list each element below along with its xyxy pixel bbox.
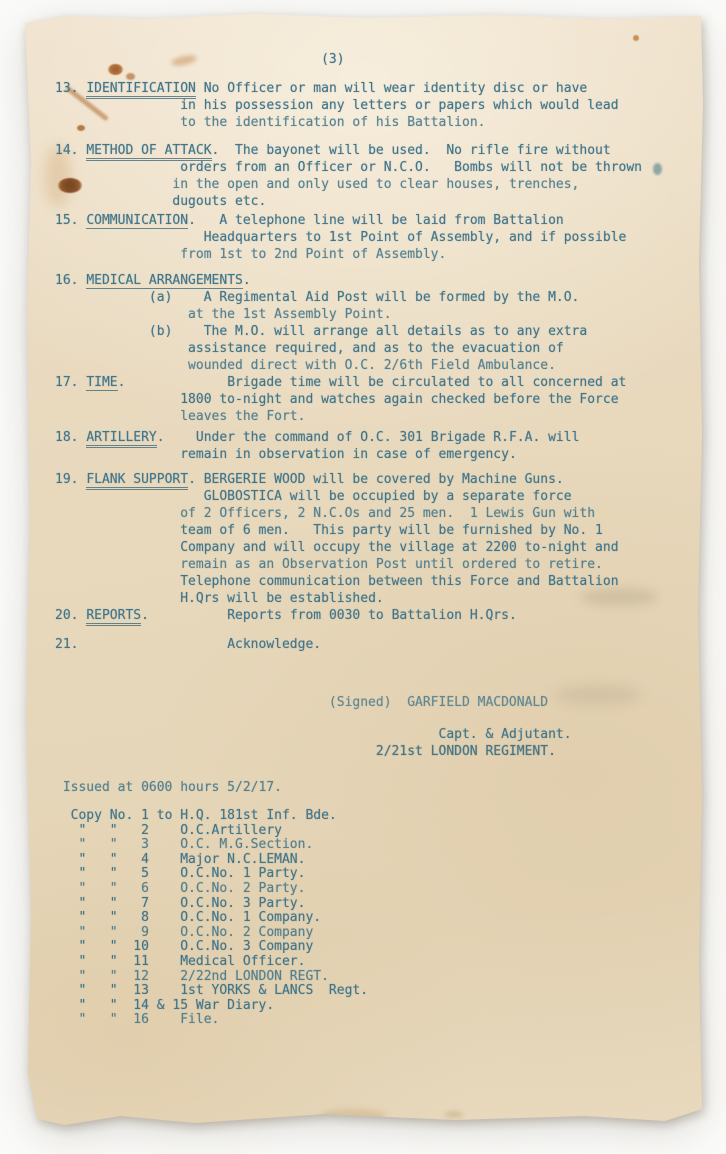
order-line: H.Qrs will be established. <box>55 590 642 607</box>
item-text: . Under the command of O.C. 301 Brigade … <box>157 430 580 445</box>
order-item-14: 14. METHOD OF ATTACK. The bayonet will b… <box>55 142 642 210</box>
order-line: 14. METHOD OF ATTACK. The bayonet will b… <box>55 142 642 159</box>
order-line: 20. REPORTS. Reports from 0030 to Battal… <box>55 607 642 624</box>
order-line: leaves the Fort. <box>55 408 642 425</box>
order-item-20: 20. REPORTS. Reports from 0030 to Battal… <box>55 607 642 624</box>
stain-bottom-mark <box>320 1109 386 1122</box>
order-line: GLOBOSTICA will be occupied by a separat… <box>55 488 642 505</box>
distribution-line: " " 4 Major N.C.LEMAN. <box>55 853 642 868</box>
order-item-17: 17. TIME. Brigade time will be circulate… <box>55 374 642 425</box>
typed-content: (3) 13. IDENTIFICATION No Officer or man… <box>55 51 642 1028</box>
page-number: (3) <box>55 51 642 68</box>
distribution-line: " " 6 O.C.No. 2 Party. <box>55 882 642 897</box>
distribution-line: " " 8 O.C.No. 1 Company. <box>55 911 642 926</box>
order-line: (b) The M.O. will arrange all details as… <box>55 323 642 340</box>
item-number: 16. <box>55 273 86 288</box>
order-line: 16. MEDICAL ARRANGEMENTS. <box>55 272 642 289</box>
order-line: team of 6 men. This party will be furnis… <box>55 522 642 539</box>
issued-line: Issued at 0600 hours 5/2/17. <box>55 779 642 796</box>
order-line: (a) A Regimental Aid Post will be formed… <box>55 289 642 306</box>
order-line: dugouts etc. <box>55 193 642 210</box>
item-number: 21. <box>55 637 78 652</box>
order-line: from 1st to 2nd Point of Assembly. <box>55 246 642 263</box>
item-number: 17. <box>55 375 86 390</box>
order-line: 15. COMMUNICATION. A telephone line will… <box>55 212 642 229</box>
distribution-line: " " 7 O.C.No. 3 Party. <box>55 897 642 912</box>
order-item-16: 16. MEDICAL ARRANGEMENTS. (a) A Regiment… <box>55 272 642 374</box>
distribution-line: " " 5 O.C.No. 1 Party. <box>55 867 642 882</box>
photo-background: (3) 13. IDENTIFICATION No Officer or man… <box>0 0 726 1154</box>
item-text: . <box>243 273 251 288</box>
order-line: 1800 to-night and watches again checked … <box>55 391 642 408</box>
order-line: remain in observation in case of emergen… <box>55 446 642 463</box>
item-text: . BERGERIE WOOD will be covered by Machi… <box>188 472 564 487</box>
distribution-line: " " 16 File. <box>55 1013 642 1028</box>
item-number: 20. <box>55 608 86 623</box>
order-item-13: 13. IDENTIFICATION No Officer or man wil… <box>55 80 642 131</box>
order-line: to the identification of his Battalion. <box>55 114 642 131</box>
order-line: 21. Acknowledge. <box>55 636 642 653</box>
order-line: in his possession any letters or papers … <box>55 97 642 114</box>
order-item-15: 15. COMMUNICATION. A telephone line will… <box>55 212 642 263</box>
item-text: Acknowledge. <box>78 637 321 652</box>
order-line: remain as an Observation Post until orde… <box>55 556 642 573</box>
item-text: . The bayonet will be used. No rifle fir… <box>212 143 611 158</box>
stain-bottom-mark <box>445 1111 463 1118</box>
order-item-21: 21. Acknowledge. <box>55 636 642 653</box>
order-line: 18. ARTILLERY. Under the command of O.C.… <box>55 429 642 446</box>
item-number: 15. <box>55 213 86 228</box>
item-heading: REPORTS <box>86 608 141 626</box>
item-heading: COMMUNICATION <box>86 213 188 229</box>
signature-block: (Signed) GARFIELD MACDONALD Capt. & Adju… <box>55 694 642 760</box>
order-line: wounded direct with O.C. 2/6th Field Amb… <box>55 357 642 374</box>
order-line: 19. FLANK SUPPORT. BERGERIE WOOD will be… <box>55 471 642 488</box>
signed-line: (Signed) GARFIELD MACDONALD <box>55 694 642 711</box>
distribution-line: " " 2 O.C.Artillery <box>55 824 642 839</box>
item-number: 18. <box>55 430 86 445</box>
order-line: orders from an Officer or N.C.O. Bombs w… <box>55 159 642 176</box>
distribution-line: " " 3 O.C. M.G.Section. <box>55 838 642 853</box>
order-line: Company and will occupy the village at 2… <box>55 539 642 556</box>
stain-rust-dot <box>633 35 639 41</box>
distribution-line: " " 11 Medical Officer. <box>55 955 642 970</box>
order-line: assistance required, and as to the evacu… <box>55 340 642 357</box>
item-number: 13. <box>55 81 86 96</box>
order-line: in the open and only used to clear house… <box>55 176 642 193</box>
distribution-line: Copy No. 1 to H.Q. 181st Inf. Bde. <box>55 809 642 824</box>
distribution-line: " " 9 O.C.No. 2 Company <box>55 926 642 941</box>
stain-ink-blot <box>653 163 662 175</box>
rank-line: Capt. & Adjutant. <box>55 726 642 743</box>
order-line: Telephone communication between this For… <box>55 573 642 590</box>
item-text: No Officer or man will wear identity dis… <box>196 81 587 96</box>
order-line: at the 1st Assembly Point. <box>55 306 642 323</box>
regiment-line: 2/21st LONDON REGIMENT. <box>55 743 642 760</box>
item-text: . Reports from 0030 to Battalion H.Qrs. <box>141 608 517 623</box>
order-line: 17. TIME. Brigade time will be circulate… <box>55 374 642 391</box>
distribution-line: " " 12 2/22nd LONDON REGT. <box>55 970 642 985</box>
order-line: Headquarters to 1st Point of Assembly, a… <box>55 229 642 246</box>
document-photo: { "page_number": "(3)", "items": [ { "nu… <box>0 0 726 1154</box>
order-line: 13. IDENTIFICATION No Officer or man wil… <box>55 80 642 97</box>
item-number: 14. <box>55 143 86 158</box>
distribution-line: " " 10 O.C.No. 3 Company <box>55 940 642 955</box>
order-item-19: 19. FLANK SUPPORT. BERGERIE WOOD will be… <box>55 471 642 607</box>
item-text: . Brigade time will be circulated to all… <box>118 375 627 390</box>
paper-sheet: (3) 13. IDENTIFICATION No Officer or man… <box>25 13 703 1131</box>
order-line: of 2 Officers, 2 N.C.Os and 25 men. 1 Le… <box>55 505 642 522</box>
item-text: . A telephone line will be laid from Bat… <box>188 213 564 228</box>
item-number: 19. <box>55 472 86 487</box>
item-heading: TIME <box>86 375 117 391</box>
item-heading: MEDICAL ARRANGEMENTS <box>86 273 243 289</box>
distribution-line: " " 13 1st YORKS & LANCS Regt. <box>55 984 642 999</box>
order-item-18: 18. ARTILLERY. Under the command of O.C.… <box>55 429 642 463</box>
distribution-list: Copy No. 1 to H.Q. 181st Inf. Bde. " " 2… <box>55 809 642 1028</box>
